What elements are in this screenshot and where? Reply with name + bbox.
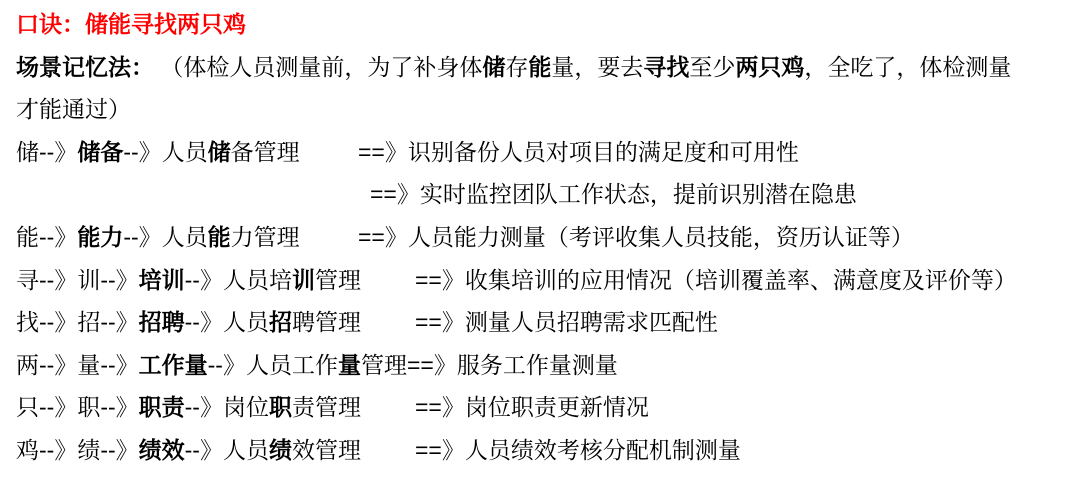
mapping-right: ==》测量人员招聘需求匹配性 [415, 308, 718, 336]
mapping-left: 储--》储备--》人员储备管理 [16, 139, 300, 165]
mapping-right: ==》识别备份人员对项目的满足度和可用性 [358, 138, 799, 166]
mapping-line-workload: 两--》量--》工作量--》人员工作量管理==》服务工作量测量 [16, 351, 618, 379]
mapping-line-capability: 能--》能力--》人员能力管理 ==》人员能力测量（考评收集人员技能，资历认证等… [16, 223, 300, 251]
mapping-left: 寻--》训--》培训--》人员培训管理 [16, 267, 361, 293]
mnemonic-notes-page: 口诀：储能寻找两只鸡 场景记忆法： （体检人员测量前，为了补身体储存能量，要去寻… [0, 0, 1065, 492]
mapping-right: ==》人员能力测量（考评收集人员技能，资历认证等） [358, 223, 914, 251]
mapping-right: ==》收集培训的应用情况（培训覆盖率、满意度及评价等） [415, 266, 1017, 294]
mapping-right: ==》岗位职责更新情况 [415, 393, 649, 421]
mapping-right: ==》实时监控团队工作状态，提前识别潜在隐患 [370, 181, 857, 207]
mapping-left: 两--》量--》工作量--》人员工作量管理 [16, 352, 407, 378]
mapping-line-performance: 鸡--》绩--》绩效--》人员绩效管理 ==》人员绩效考核分配机制测量 [16, 436, 361, 464]
mapping-left: 只--》职--》职责--》岗位职责管理 [16, 394, 361, 420]
mapping-left: 鸡--》绩--》绩效--》人员绩效管理 [16, 437, 361, 463]
scene-memory-line-1: 场景记忆法： （体检人员测量前，为了补身体储存能量，要去寻找至少两只鸡，全吃了，… [16, 53, 1011, 81]
mapping-line-duty: 只--》职--》职责--》岗位职责管理 ==》岗位职责更新情况 [16, 393, 361, 421]
mapping-left: 找--》招--》招聘--》人员招聘管理 [16, 309, 361, 335]
mapping-line-reserve-continued: ==》实时监控团队工作状态，提前识别潜在隐患 [370, 180, 857, 208]
mapping-right: ==》服务工作量测量 [407, 352, 618, 378]
mapping-line-training: 寻--》训--》培训--》人员培训管理 ==》收集培训的应用情况（培训覆盖率、满… [16, 266, 361, 294]
mnemonic-title: 口诀：储能寻找两只鸡 [16, 10, 246, 38]
mapping-line-recruiting: 找--》招--》招聘--》人员招聘管理 ==》测量人员招聘需求匹配性 [16, 308, 361, 336]
scene-memory-line-2: 才能通过） [16, 95, 131, 123]
mapping-line-reserve: 储--》储备--》人员储备管理 ==》识别备份人员对项目的满足度和可用性 [16, 138, 300, 166]
mapping-left: 能--》能力--》人员能力管理 [16, 224, 300, 250]
mapping-right: ==》人员绩效考核分配机制测量 [415, 436, 741, 464]
